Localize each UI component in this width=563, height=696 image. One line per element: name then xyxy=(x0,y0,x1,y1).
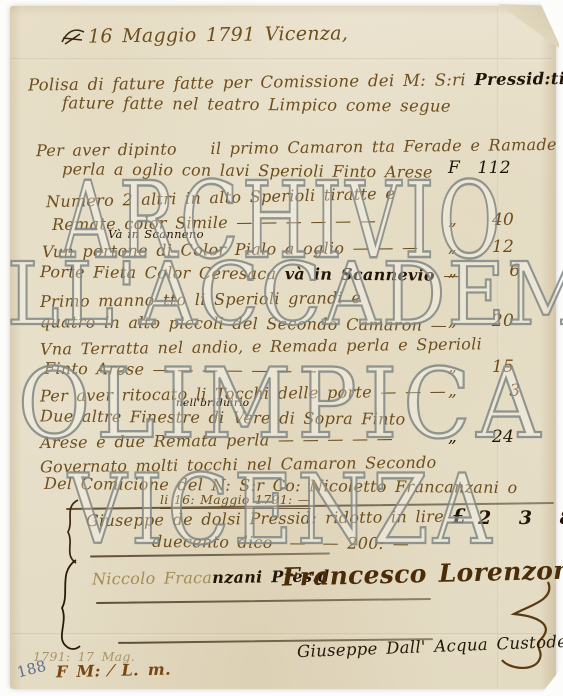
brace-icon xyxy=(60,499,82,565)
interline-note: Và in Scanneno xyxy=(108,229,204,241)
entry-amount: F 112 xyxy=(448,160,511,177)
footer-initials: F M: ⁄ L. m. xyxy=(56,662,171,681)
entry-line: Remate color Simile — — — — — — xyxy=(52,213,376,233)
crossed-mark-icon xyxy=(60,26,86,48)
total-amount: 2 3 8 xyxy=(478,509,563,528)
entry-line: Porte Fieta Color Ceresaca và in Scannev… xyxy=(40,264,460,284)
entry-amount: „ 3 xyxy=(448,383,520,400)
entry-line: Primo manno tto li Sperioli grandi e xyxy=(40,290,361,310)
signature-faint-text: Niccolo Fraca xyxy=(92,568,212,588)
entry-line: Governato molti tocchi nel Camaron Secon… xyxy=(40,455,437,476)
entry-line: Due altre Finestre di Vere di Sopra Fint… xyxy=(40,408,406,427)
entry-amount: „ 6 xyxy=(448,263,520,280)
entry-line: perla a oglio con lavi Sperioli Finto Ar… xyxy=(62,161,433,180)
document-scan: 16 Maggio 1791 Vicenza, Polisa di fature… xyxy=(0,0,563,696)
entry-amount: „ 12 xyxy=(448,239,514,256)
entry-line: Arese e due Remata perla — — — — — xyxy=(40,431,393,451)
total-line-1: Giuseppe de dolsi Pressid: ridotto in li… xyxy=(86,509,444,529)
intro-line-2: fature fatte nel teatro Limpico come seg… xyxy=(62,95,451,115)
entry-line: Vun portone di Color Pialo a oglio — — — xyxy=(42,240,419,261)
entry-amount: „ 40 xyxy=(448,212,514,229)
intro-dark-text: Pressid:ti alla xyxy=(474,68,563,89)
entry-amount: „ 24 xyxy=(448,429,514,446)
brace-icon xyxy=(52,558,82,654)
entry-dark-text: và in Scannevio xyxy=(285,264,435,284)
currency-sign: £ xyxy=(452,506,466,526)
entry-line: quatro in alto piccoli del Secondo Camar… xyxy=(40,314,447,334)
entry-text: Porte Fieta Color Ceresaca xyxy=(40,262,285,283)
signature-flourish-icon xyxy=(458,580,558,675)
entry-amount: „ 20 xyxy=(448,313,514,330)
total-line-2: duecento dico — — 200: — xyxy=(152,534,409,552)
date-line: 16 Maggio 1791 Vicenza, xyxy=(88,24,348,46)
entry-line: Finto Arese — — — — — — — xyxy=(44,361,317,379)
entry-amount: „ 15 xyxy=(448,359,514,376)
small-date-note: li 16: Maggio 1791: — xyxy=(160,494,311,509)
